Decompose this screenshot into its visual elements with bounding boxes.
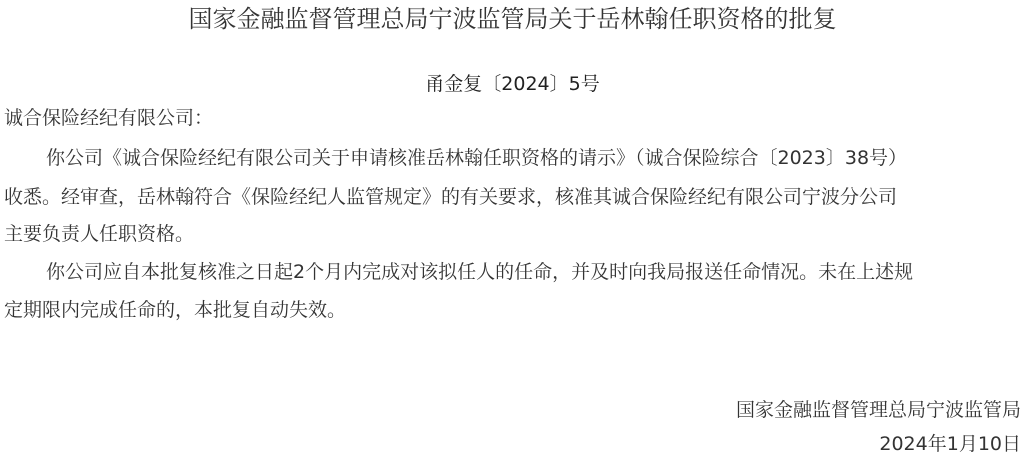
issue-date: 2024年1月10日	[879, 430, 1021, 458]
paragraph-line: 收悉。经审查，岳林翰符合《保险经纪人监管规定》的有关要求，核准其诚合保险经纪有限…	[4, 183, 897, 211]
document-title: 国家金融监督管理总局宁波监管局关于岳林翰任职资格的批复	[0, 2, 1025, 36]
document-number: 甬金复〔2024〕5号	[0, 70, 1025, 98]
paragraph-line: 定期限内完成任命的，本批复自动失效。	[4, 296, 346, 324]
paragraph-line: 你公司应自本批复核准之日起2个月内完成对该拟任人的任命，并及时向我局报送任命情况…	[46, 258, 913, 286]
addressee: 诚合保险经纪有限公司：	[4, 104, 213, 132]
paragraph-line: 主要负责人任职资格。	[4, 220, 194, 248]
issuer-name: 国家金融监督管理总局宁波监管局	[736, 396, 1021, 424]
paragraph-line: 你公司《诚合保险经纪有限公司关于申请核准岳林翰任职资格的请示》（诚合保险综合〔2…	[46, 144, 907, 172]
